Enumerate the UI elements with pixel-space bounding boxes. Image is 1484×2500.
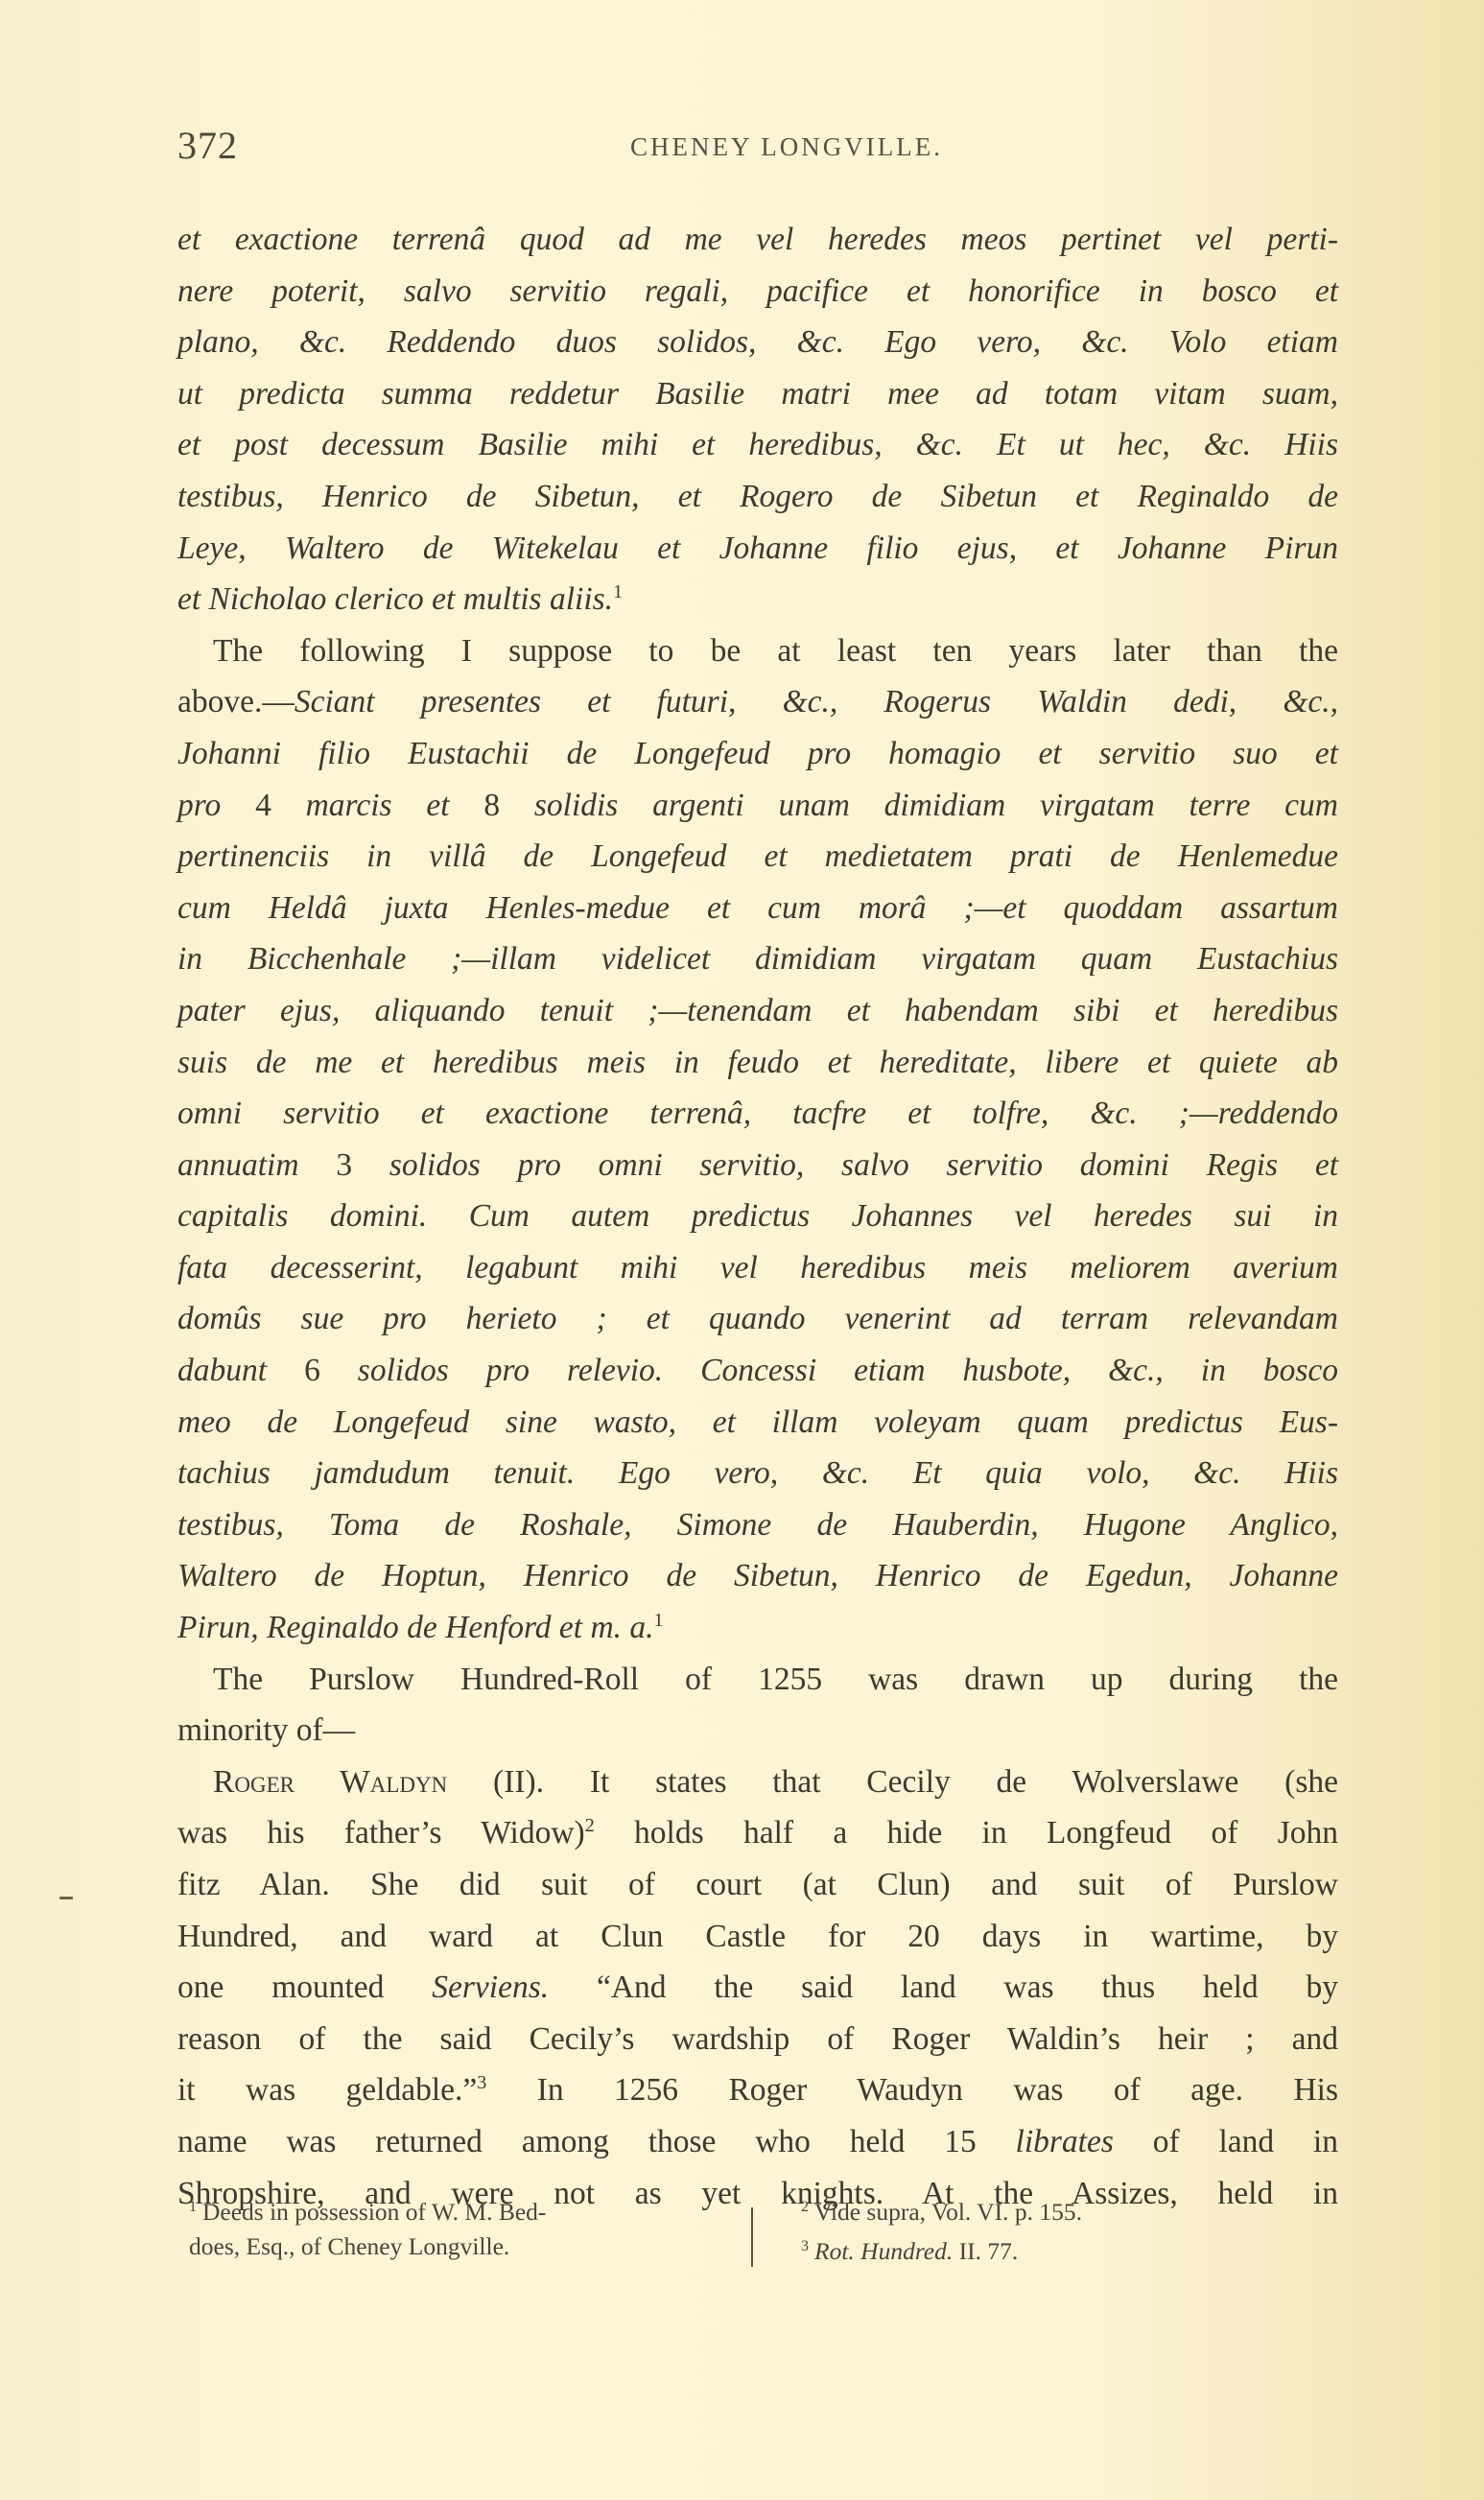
footnote-1-continuation: does, Esq., of Cheney Longville. [189, 2229, 736, 2264]
text-line: fata decesserint, legabunt mihi vel here… [177, 1242, 1338, 1294]
text-segment: capitalis domini. Cum autem predictus Jo… [177, 1198, 1338, 1234]
text-segment: The following I suppose to be at least t… [213, 633, 1338, 669]
text-line: Hundred, and ward at Clun Castle for 20 … [177, 1911, 1338, 1963]
text-segment: fata decesserint, legabunt mihi vel here… [177, 1250, 1338, 1285]
text-line: fitz Alan. She did suit of court (at Clu… [177, 1859, 1338, 1911]
text-segment: Roger Waldyn [213, 1764, 447, 1800]
text-segment: testibus, Henrico de Sibetun, et Rogero … [177, 479, 1338, 514]
footnote-column-divider [751, 2207, 753, 2267]
text-line: one mounted Serviens. “And the said land… [177, 1962, 1338, 2014]
text-segment: meo de Longefeud sine wasto, et illam vo… [177, 1404, 1338, 1440]
text-segment: cum Heldâ juxta Henles-medue et cum morâ… [177, 890, 1338, 926]
text-line: pro 4 marcis et 8 solidis argenti unam d… [177, 780, 1338, 832]
text-line: et Nicholao clerico et multis aliis.1 [177, 574, 1338, 625]
footnote-ref: 1 [654, 1610, 664, 1631]
running-title: CHENEY LONGVILLE. [177, 132, 1338, 162]
text-segment: holds half a hide in Longfeud of John [595, 1815, 1338, 1851]
text-segment: et Nicholao clerico et multis aliis. [177, 581, 613, 617]
margin-dash-mark [59, 1897, 73, 1899]
text-segment: suis de me et heredibus meis in feudo et… [177, 1045, 1338, 1080]
text-segment: librates [1016, 2124, 1114, 2159]
footnote-number: 1 [189, 2199, 197, 2215]
text-line: minority of— [177, 1705, 1338, 1757]
footnote-text: II. 77. [953, 2237, 1018, 2265]
text-line: The Purslow Hundred-Roll of 1255 was dra… [177, 1654, 1338, 1706]
footnote-3: 3Rot. Hundred. II. 77. [801, 2229, 1338, 2269]
text-line: plano, &c. Reddendo duos solidos, &c. Eg… [177, 317, 1338, 368]
text-segment: in Bicchenhale ;—illam videlicet dimidia… [177, 941, 1338, 977]
footnote-column-right: 2Vide supra, Vol. VI. p. 155. 3Rot. Hund… [801, 2190, 1338, 2269]
text-line: omni servitio et exactione terrenâ, tacf… [177, 1088, 1338, 1140]
text-line: it was geldable.”3 In 1256 Roger Waudyn … [177, 2064, 1338, 2116]
text-segment: one mounted [177, 1969, 432, 2005]
text-segment: of land in [1114, 2124, 1338, 2159]
text-segment: In 1256 Roger Waudyn was of age. His [486, 2072, 1338, 2108]
text-segment: Johanni filio Eustachii de Longefeud pro… [177, 736, 1338, 771]
text-segment: et post decessum Basilie mihi et heredib… [177, 427, 1338, 462]
text-segment: 4 [255, 788, 271, 823]
text-line: Leye, Waltero de Witekelau et Johanne fi… [177, 523, 1338, 575]
text-segment: Sciant presentes et futuri, &c., Rogerus… [294, 684, 1338, 719]
text-segment: omni servitio et exactione terrenâ, tacf… [177, 1096, 1338, 1131]
footnote-1: 1Deeds in possession of W. M. Bed- [189, 2190, 736, 2229]
text-line: domûs sue pro herieto ; et quando veneri… [177, 1293, 1338, 1345]
text-line: suis de me et heredibus meis in feudo et… [177, 1037, 1338, 1089]
text-segment: pro [177, 788, 255, 823]
text-segment: solidos pro omni servitio, salvo serviti… [352, 1147, 1338, 1183]
footnote-text: does, Esq., of Cheney Longville. [189, 2232, 509, 2260]
text-line: testibus, Henrico de Sibetun, et Rogero … [177, 471, 1338, 523]
text-line: The following I suppose to be at least t… [177, 625, 1338, 677]
text-line: dabunt 6 solidos pro relevio. Concessi e… [177, 1345, 1338, 1397]
text-line: nere poterit, salvo servitio regali, pac… [177, 266, 1338, 318]
text-segment: tachius jamdudum tenuit. Ego vero, &c. E… [177, 1455, 1338, 1491]
footnote-2: 2Vide supra, Vol. VI. p. 155. [801, 2190, 1338, 2229]
text-line: pertinenciis in villâ de Longefeud et me… [177, 831, 1338, 883]
text-line: testibus, Toma de Roshale, Simone de Hau… [177, 1499, 1338, 1551]
text-segment: pertinenciis in villâ de Longefeud et me… [177, 838, 1338, 874]
text-segment: (II). It states that Cecily de Wolversla… [447, 1764, 1338, 1800]
text-line: ut predicta summa reddetur Basilie matri… [177, 368, 1338, 420]
text-segment: The Purslow Hundred-Roll of 1255 was dra… [213, 1662, 1338, 1697]
text-segment: solidos pro relevio. Concessi etiam husb… [320, 1353, 1338, 1388]
text-segment: it was geldable.” [177, 2072, 477, 2108]
text-segment: domûs sue pro herieto ; et quando veneri… [177, 1301, 1338, 1336]
text-segment: above.— [177, 684, 294, 719]
text-line: name was returned among those who held 1… [177, 2116, 1338, 2168]
text-line: Roger Waldyn (II). It states that Cecily… [177, 1757, 1338, 1808]
text-segment: nere poterit, salvo servitio regali, pac… [177, 273, 1338, 309]
text-line: in Bicchenhale ;—illam videlicet dimidia… [177, 933, 1338, 985]
text-segment: 8 [483, 788, 500, 823]
footnote-ref: 2 [585, 1815, 595, 1836]
body-text: et exactione terrenâ quod ad me vel here… [177, 214, 1338, 2219]
footnote-text: Deeds in possession of W. M. Bed- [202, 2198, 546, 2226]
text-segment: reason of the said Cecily’s wardship of … [177, 2021, 1338, 2057]
text-segment: dabunt [177, 1353, 304, 1388]
text-segment: fitz Alan. She did suit of court (at Clu… [177, 1867, 1338, 1902]
footnote-ref: 3 [477, 2072, 486, 2093]
text-segment: testibus, Toma de Roshale, Simone de Hau… [177, 1507, 1338, 1543]
text-line: et exactione terrenâ quod ad me vel here… [177, 214, 1338, 266]
text-segment: marcis et [271, 788, 483, 823]
text-segment: Pirun, Reginaldo de Henford et m. a. [177, 1610, 654, 1645]
text-line: cum Heldâ juxta Henles-medue et cum morâ… [177, 883, 1338, 934]
footnotes: 1Deeds in possession of W. M. Bed- does,… [189, 2190, 1340, 2276]
text-line: annuatim 3 solidos pro omni servitio, sa… [177, 1140, 1338, 1191]
text-line: was his father’s Widow)2 holds half a hi… [177, 1807, 1338, 1859]
text-segment: solidis argenti unam dimidiam virgatam t… [500, 788, 1338, 823]
text-segment: Hundred, and ward at Clun Castle for 20 … [177, 1919, 1338, 1954]
text-segment: name was returned among those who held 1… [177, 2124, 1016, 2159]
text-segment: was his father’s Widow) [177, 1815, 585, 1851]
footnote-column-left: 1Deeds in possession of W. M. Bed- does,… [189, 2190, 736, 2264]
text-line: et post decessum Basilie mihi et heredib… [177, 419, 1338, 471]
page-header: 372 CHENEY LONGVILLE. [177, 115, 1338, 173]
text-segment: pater ejus, aliquando tenuit ;—tenendam … [177, 993, 1338, 1028]
footnote-text: Vide supra, Vol. VI. p. 155. [814, 2198, 1082, 2226]
text-segment: et exactione terrenâ quod ad me vel here… [177, 222, 1338, 257]
footnote-citation: Rot. Hundred. [814, 2237, 953, 2265]
text-line: tachius jamdudum tenuit. Ego vero, &c. E… [177, 1448, 1338, 1499]
text-segment: Leye, Waltero de Witekelau et Johanne fi… [177, 531, 1338, 566]
text-line: Pirun, Reginaldo de Henford et m. a.1 [177, 1602, 1338, 1654]
footnote-number: 2 [801, 2199, 809, 2215]
text-segment: 6 [304, 1353, 320, 1388]
text-segment: ut predicta summa reddetur Basilie matri… [177, 376, 1338, 412]
text-segment: plano, &c. Reddendo duos solidos, &c. Eg… [177, 324, 1338, 360]
text-line: Waltero de Hoptun, Henrico de Sibetun, H… [177, 1550, 1338, 1602]
text-segment: Serviens. [432, 1969, 549, 2005]
text-line: reason of the said Cecily’s wardship of … [177, 2014, 1338, 2065]
text-segment: Waltero de Hoptun, Henrico de Sibetun, H… [177, 1558, 1338, 1593]
text-line: above.—Sciant presentes et futuri, &c., … [177, 676, 1338, 728]
text-line: pater ejus, aliquando tenuit ;—tenendam … [177, 985, 1338, 1037]
text-segment: minority of— [177, 1712, 355, 1748]
text-segment: annuatim [177, 1147, 336, 1183]
text-line: capitalis domini. Cum autem predictus Jo… [177, 1191, 1338, 1242]
text-segment: “And the said land was thus held by [549, 1969, 1338, 2005]
text-segment: 3 [336, 1147, 352, 1183]
text-line: meo de Longefeud sine wasto, et illam vo… [177, 1397, 1338, 1449]
text-line: Johanni filio Eustachii de Longefeud pro… [177, 728, 1338, 780]
footnote-ref: 1 [613, 581, 623, 602]
footnote-number: 3 [801, 2238, 809, 2254]
